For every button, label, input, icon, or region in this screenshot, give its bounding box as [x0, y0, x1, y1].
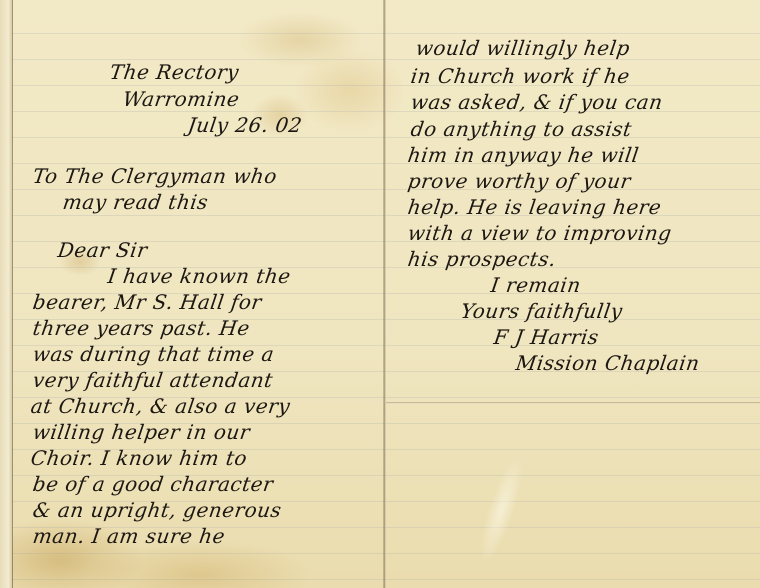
letter-sheet: The Rectory Warromine July 26. 02 To The…	[0, 0, 760, 588]
recipient-line-1: To The Clergyman who	[31, 164, 278, 188]
body-line: prove worthy of your	[406, 169, 632, 193]
body-line: was asked, & if you can	[409, 90, 664, 114]
body-line: his prospects.	[406, 247, 557, 271]
body-line: bearer, Mr S. Hall for	[31, 290, 263, 314]
body-line: I have known the	[106, 264, 292, 288]
body-line: willing helper in our	[31, 420, 251, 444]
address-line-2: Warromine	[121, 87, 241, 111]
body-line: him in anyway he will	[406, 143, 640, 167]
body-line: in Church work if he	[409, 64, 631, 88]
body-line: three years past. He	[31, 316, 251, 340]
body-line: Choir. I know him to	[29, 446, 249, 470]
body-line: at Church, & also a very	[29, 394, 292, 418]
address-line-1: The Rectory	[108, 60, 240, 84]
paper-left-edge	[0, 0, 12, 588]
closing-line-2: Yours faithfully	[459, 299, 624, 323]
body-line: & an upright, generous	[31, 498, 283, 522]
greeting: Dear Sir	[56, 238, 149, 262]
body-line: be of a good character	[31, 472, 275, 496]
body-line: do anything to assist	[409, 117, 633, 141]
body-line: would willingly help	[414, 36, 631, 60]
recipient-line-2: may read this	[61, 190, 209, 214]
left-page: The Rectory Warromine July 26. 02 To The…	[13, 0, 383, 588]
body-line: very faithful attendant	[31, 368, 274, 392]
body-line: with a view to improving	[406, 221, 673, 245]
closing-line-1: I remain	[489, 273, 582, 297]
body-line: help. He is leaving here	[406, 195, 663, 219]
body-line: man. I am sure he	[31, 524, 226, 548]
signature-title: Mission Chaplain	[514, 351, 701, 375]
right-page: would willingly help in Church work if h…	[386, 0, 760, 588]
body-line: was during that time a	[31, 342, 275, 366]
letter-date: July 26. 02	[186, 113, 303, 137]
signature-name: F J Harris	[492, 325, 600, 349]
